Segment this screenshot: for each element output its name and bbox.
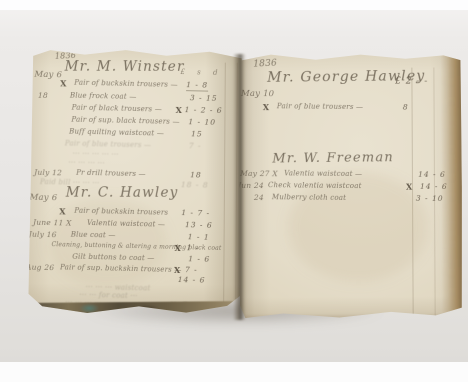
entry-description: ··· ··· ··· ··· bbox=[68, 158, 105, 167]
entry-date: 24 bbox=[254, 193, 264, 202]
entry-date: July 16 bbox=[29, 230, 57, 240]
entry-amount: 15 bbox=[191, 129, 203, 138]
section-date: May 6 bbox=[30, 193, 58, 204]
customer-name: Mr. C. Hawley bbox=[66, 185, 179, 201]
entry-description: Gilt buttons to coat — bbox=[72, 253, 154, 263]
entry-description: Valentia waistcoat — bbox=[284, 169, 362, 178]
entry-amount: 1 - 10 bbox=[188, 117, 216, 127]
top-white-strip bbox=[0, 0, 468, 10]
entry-amount: 1 - 6 bbox=[188, 254, 210, 263]
entry-amount: 1 - 2 - 6 bbox=[185, 105, 223, 115]
entry-amount: 1 - 1 bbox=[188, 232, 210, 241]
bottom-white-strip bbox=[0, 362, 468, 382]
entry-amount: 7 - bbox=[189, 141, 202, 150]
x-mark: X bbox=[176, 105, 183, 115]
x-mark: X bbox=[174, 265, 181, 275]
entry-amount: 14 - 6 bbox=[178, 275, 206, 285]
entry-amount: 8 bbox=[403, 103, 409, 112]
entry-description: Buff quilting waistcoat — bbox=[69, 127, 164, 137]
entry-description: Pair of blue trousers — bbox=[277, 102, 363, 111]
entry-description: Check valentia waistcoat bbox=[268, 181, 362, 190]
entry-description: Blue frock coat — bbox=[70, 91, 137, 101]
heading-amount: £ 2 - - bbox=[395, 76, 428, 86]
year-label: 1836 bbox=[253, 59, 277, 70]
corner-note: 19 bbox=[33, 48, 41, 55]
right-page-fore-edge bbox=[440, 53, 462, 321]
entry-amount: 3 - 15 bbox=[190, 93, 218, 103]
entry-date: June 11 X bbox=[33, 218, 72, 228]
entry-description: Pair of sup. buckskin trousers — bbox=[60, 263, 182, 274]
entry-description: Blue coat — bbox=[71, 231, 116, 240]
right-page-handwriting: 1836May 10Mr. George Hawley£ 2 - -XPair … bbox=[237, 51, 464, 325]
left-page-handwriting: 191836£ s dMay 6Mr. M. WinsterXPair of b… bbox=[25, 46, 246, 319]
currency-columns-header: £ s d bbox=[180, 68, 222, 77]
entry-amount: 1 - 7 - bbox=[181, 208, 210, 218]
entry-description: Pr drill trousers — bbox=[76, 169, 146, 179]
ledger-left-page: 191836£ s dMay 6Mr. M. WinsterXPair of b… bbox=[27, 47, 244, 316]
entry-description: ··· ··· ··· ··· ··· bbox=[73, 150, 119, 159]
customer-name: Mr. M. Winster bbox=[65, 59, 185, 75]
entry-amount: 18 - 8 bbox=[181, 180, 209, 190]
entry-description: Pair of buckskin trousers bbox=[74, 207, 168, 217]
entry-amount: 1 - 8 bbox=[186, 80, 208, 91]
entry-amount: 13 - 6 bbox=[185, 220, 213, 230]
section-date: May 6 bbox=[34, 70, 62, 81]
x-mark: X bbox=[263, 102, 270, 112]
ledger-right-page: 1836May 10Mr. George Hawley£ 2 - -XPair … bbox=[237, 51, 462, 324]
entry-description: Pair of sup. black trousers — bbox=[71, 116, 179, 126]
entry-description: Pair of black trousers — bbox=[72, 104, 162, 114]
book-gutter bbox=[233, 54, 246, 320]
customer-name: Mr. W. Freeman bbox=[272, 150, 394, 166]
entry-description: Pair of blue trousers — bbox=[65, 139, 152, 149]
entry-date: Aug 26 bbox=[26, 263, 54, 273]
entry-description: Valentia waistcoat — bbox=[87, 219, 165, 229]
entry-description: Pair of buckskin trousers — bbox=[74, 79, 178, 89]
x-mark: X bbox=[406, 182, 413, 192]
x-mark: X bbox=[60, 78, 67, 88]
entry-amount: 7 - bbox=[185, 265, 198, 274]
entry-amount: 3 - 10 bbox=[416, 194, 444, 203]
entry-amount: 1 - bbox=[186, 243, 199, 252]
x-mark: X bbox=[174, 243, 181, 253]
photo-scene: 191836£ s dMay 6Mr. M. WinsterXPair of b… bbox=[0, 0, 468, 382]
x-mark: X bbox=[59, 206, 66, 216]
entry-date: July 12 bbox=[34, 168, 62, 178]
entry-amount: 18 bbox=[190, 170, 202, 179]
entry-date: 18 bbox=[38, 91, 48, 100]
entry-description: Mulberry cloth coat bbox=[272, 193, 346, 202]
